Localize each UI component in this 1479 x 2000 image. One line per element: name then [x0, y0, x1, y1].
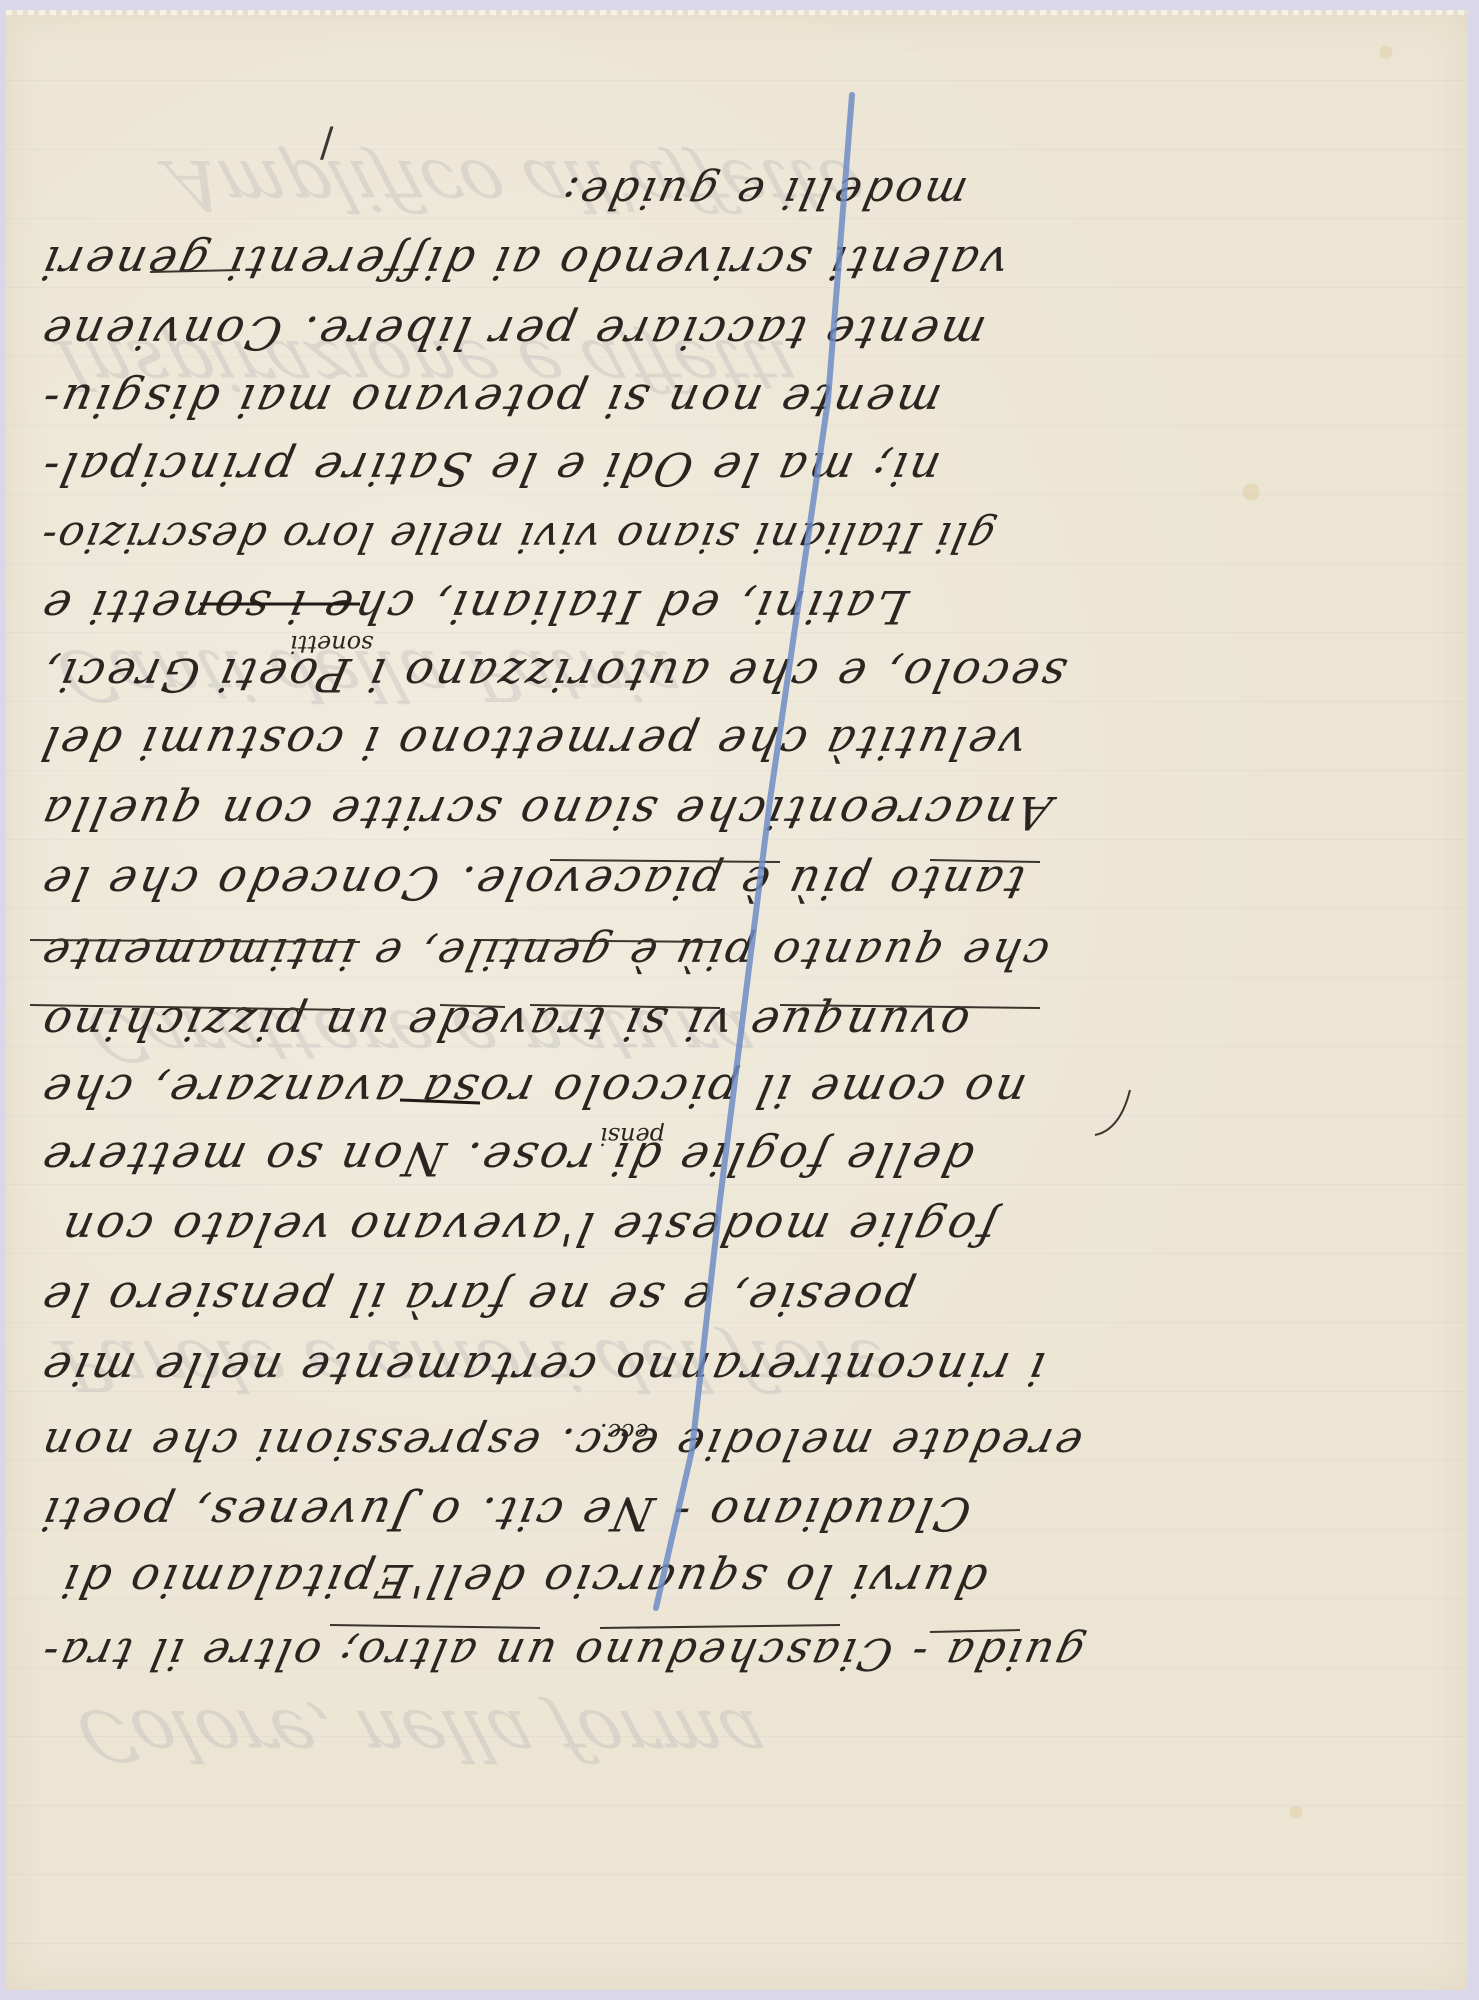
text-line: ni; ma le Odi e le Satire principal- [35, 446, 944, 492]
text-line: Latini, ed Italiani, che i sonetti e [35, 584, 912, 630]
text-line: velutità che permettono i costumi del [35, 720, 1029, 766]
text-line: no come il piccolo rosa avanzare, che [35, 1068, 1030, 1114]
text-line: valenti scrivendo ai differenti generi [35, 240, 1011, 286]
text-line: durvi lo squarcio dell'Epitalamio di [55, 1558, 990, 1604]
text-line: modelli e guide: [555, 170, 971, 214]
text-line: mente tacciare per libere. Conviene [35, 310, 989, 356]
text-line: Anacreontiche siano scritte con quella [35, 790, 1055, 836]
text-line: delle foglie di rose. Non so mettere [35, 1136, 977, 1182]
text-line: che quanto più è gentile, e intimamente [35, 931, 1053, 975]
interlinear-annotation: pensi [600, 1122, 665, 1150]
text-line: eredate melodie ecc. espressioni che non [35, 1421, 1086, 1465]
closing-slash-mark: / [320, 120, 333, 166]
text-line: Claudiano - Ne cit. o Juvenes, poeti [35, 1491, 975, 1537]
torn-top-edge [6, 10, 1468, 15]
text-line: foglie modeste l'avevano velato con [55, 1206, 1000, 1252]
text-line: guida - Ciascheduno un altro; oltre il t… [35, 1631, 1088, 1675]
interlinear-annotation: ecc. [600, 1418, 649, 1446]
text-line: ovunque vi si travede un pizzichino [35, 1001, 973, 1047]
text-line: mente non si potevano mai disgiu- [35, 378, 945, 424]
text-line: i rincontreranno certamente nelle mie [35, 1346, 1049, 1392]
text-line: poesie, e se ne farà il pensiero le [35, 1276, 918, 1322]
text-line: gli Italiani siano vivi nelle loro descr… [36, 516, 999, 558]
text-line: secolo, e che autorizzano i Poeti Greci, [35, 652, 1070, 698]
bleedthrough-line: Colore, nella forma [69, 1700, 776, 1770]
text-line: tanto più è piacevole. Concedo che le [35, 860, 1028, 906]
interlinear-annotation: sonetti [290, 630, 373, 658]
